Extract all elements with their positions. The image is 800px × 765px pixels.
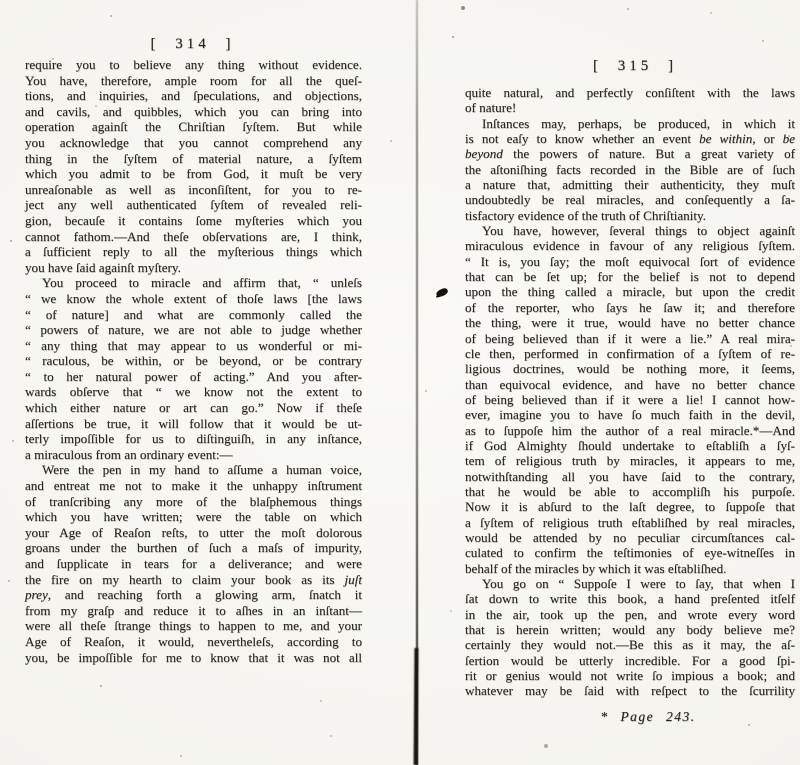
text-line: ever, imagine you to have ſo much faith … [465,407,795,422]
text-line: Inſtances may, perhaps, be produced, in … [465,116,795,131]
text-line: of being believed than if it were a lie!… [465,392,795,407]
text-line: ject any well authenticated ſyſtem of re… [25,197,362,213]
text-line: culated to confirm the teſtimonies of ey… [465,545,795,560]
text-line: Now it is abſurd to the laſt degree, to … [465,499,795,514]
text-line: and cavils, and quibbles, which you can … [25,104,362,120]
text-line: which either nature or art can go.” Now … [25,400,362,416]
text-line: and ſupplicate in tears for a deliveranc… [25,556,362,572]
text-line: beyond the powers of nature. But a great… [465,146,795,161]
text-line: that is herein written; would any body b… [465,622,795,637]
text-line: of nature! [465,100,795,115]
page-number-heading: [ 314 ] [25,36,362,53]
footnote: * Page 243. [465,709,795,725]
text-line: a nature that, admitting their authentic… [465,177,795,192]
text-line: tisfactory evidence of the truth of Chri… [465,208,795,223]
text-line: undoubtedly be real miracles, and conſeq… [465,192,795,207]
page-number-heading: [ 315 ] [465,58,795,75]
text-line: your Age of Reaſon reſts, to utter the m… [25,525,362,541]
text-line: terly impoſſible for us to diſtinguiſh, … [25,431,362,447]
text-line: of being believed than if it were a lie.… [465,331,795,346]
text-line: notwithſtanding all you have ſaid to the… [465,469,795,484]
text-line: You have, however, ſeveral things to obj… [465,223,795,238]
text-line: as to ſuppoſe him the author of a real m… [465,423,795,438]
text-line: in the air, took up the pen, and wrote e… [465,607,795,622]
page-text: quite natural, and perfectly conſiſtent … [465,85,795,699]
text-line: the thing, were it true, would have no b… [465,315,795,330]
text-line: Were the pen in my hand to aſſume a huma… [25,462,362,478]
ink-blot [435,287,449,297]
text-line: gion, becauſe it contains ſome myſteries… [25,213,362,229]
text-line: you acknowledge that you cannot comprehe… [25,135,362,151]
text-line: Age of Reaſon, it would, nevertheleſs, a… [25,634,362,650]
text-line: behalf of the miracles by which it was e… [465,561,795,576]
page-text: require you to believe any thing without… [25,57,362,665]
text-line: groans under the burthen of ſuch a maſs … [25,540,362,556]
text-line: rit or genius would not write ſo impious… [465,668,795,683]
text-line: upon the thing called a miracle, but upo… [465,284,795,299]
text-line: tions, and inquiries, and ſpeculations, … [25,88,362,104]
text-line: than equivocal evidence, and have no bet… [465,377,795,392]
text-line: You go on “ Suppoſe I were to ſay, that … [465,576,795,591]
text-line: quite natural, and perfectly conſiſtent … [465,85,795,100]
text-line: which you admit to be from God, it muſt … [25,166,362,182]
text-line: ſertion would be utterly incredible. For… [465,653,795,668]
text-line: wards obſerve that “ we know not the ext… [25,384,362,400]
text-line: “ to her natural power of acting.” And y… [25,369,362,385]
text-line: “ raculous, be within, or be beyond, or … [25,353,362,369]
text-line: of tranſcribing any more of the blaſphem… [25,494,362,510]
text-line: “ of nature] and what are commonly calle… [25,307,362,323]
text-line: whatever may be ſaid with reſpect to the… [465,683,795,698]
text-line: unreaſonable as well as inconſiſtent, fo… [25,182,362,198]
text-line: you, be impoſſible for me to know that i… [25,650,362,666]
text-line: a ſyſtem of religious truth eſtabliſhed … [465,515,795,530]
text-line: You proceed to miracle and affirm that, … [25,275,362,291]
text-line: cle then, performed in confirmation of a… [465,346,795,361]
text-line: tem of religious truth by miracles, it a… [465,453,795,468]
text-line: ſat down to write this book, a hand preſ… [465,591,795,606]
text-line: miraculous evidence in favour of any rel… [465,238,795,253]
book-scan: [ 314 ] require you to believe any thing… [0,0,800,765]
text-line: the fire on my hearth to claim your book… [25,572,362,588]
text-line: You have, therefore, ample room for all … [25,73,362,89]
text-line: is not eaſy to know whether an event be … [465,131,795,146]
page-315: [ 315 ] quite natural, and perfectly con… [465,58,795,725]
text-line: “ It is, you ſay; the moſt equivocal ſor… [465,254,795,269]
text-line: which you have written; were the table o… [25,509,362,525]
text-line: and entreat me not to make it the unhapp… [25,478,362,494]
text-line: “ powers of nature, we are not able to j… [25,322,362,338]
text-line: a miraculous from an ordinary event:— [25,447,362,463]
text-line: “ any thing that may appear to us wonder… [25,338,362,354]
text-line: thing in the ſyſtem of material nature, … [25,151,362,167]
text-line: certainly they would not.—Be this as it … [465,637,795,652]
text-line: the aſtoniſhing facts recorded in the Bi… [465,162,795,177]
text-line: you have ſaid againſt myſtery. [25,260,362,276]
text-line: would be attended by no peculiar circumſ… [465,530,795,545]
text-line: were all theſe ſtrange things to happen … [25,618,362,634]
text-line: ligious doctrines, would be nothing more… [465,361,795,376]
text-line: a ſufficient reply to all the myſterious… [25,244,362,260]
page-gutter-shadow-bottom [414,648,419,765]
paper-specks [0,0,2,2]
text-line: operation againſt the Chriſtian ſyſtem. … [25,119,362,135]
text-line: of the reporter, who ſays he ſaw it; and… [465,300,795,315]
text-line: cannot fathom.—And theſe obſervations ar… [25,229,362,245]
text-line: aſſertions be true, it will follow that … [25,416,362,432]
page-314: [ 314 ] require you to believe any thing… [25,36,362,665]
text-line: require you to believe any thing without… [25,57,362,73]
text-line: prey, and reaching forth a glowing arm, … [25,587,362,603]
text-line: “ we know the whole extent of thoſe laws… [25,291,362,307]
text-line: if God Almighty ſhould undertake to eſta… [465,438,795,453]
text-line: from my graſp and reduce it to aſhes in … [25,603,362,619]
text-line: that he would be able to accompliſh his … [465,484,795,499]
text-line: that can be ſet up; for the belief is no… [465,269,795,284]
